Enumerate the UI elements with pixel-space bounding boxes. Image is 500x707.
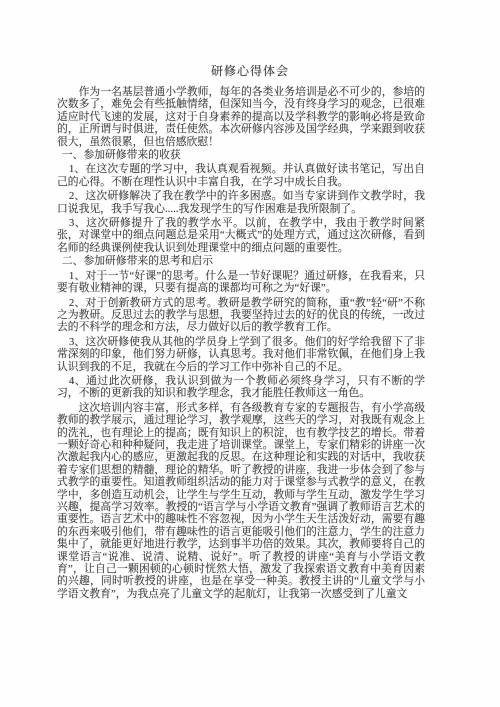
paragraph-closing: 这次培训内容丰富，形式多样，有各级教育专家的专题报告，有小学高级教师的教学展示，… bbox=[57, 402, 425, 601]
document-body: 作为一名基层普通小学教师，每年的各类业务培训是必不可少的，参培的次数多了，难免会… bbox=[57, 86, 425, 600]
document-page: 研修心得体会 作为一名基层普通小学教师，每年的各类业务培训是必不可少的，参培的次… bbox=[0, 0, 500, 707]
list-item-2-4: 4、通过此次研修，我认识到做为一个教师必须终身学习，只有不断的学习，不断的更新我… bbox=[57, 375, 425, 400]
list-item-1-3: 3、这次研修提升了我的教学水平。以前，在教学中，我由于教学时间紧张，对课堂中的细… bbox=[57, 217, 425, 254]
section-heading-2: 二、参加研修带来的思考和启示 bbox=[57, 255, 425, 267]
list-item-1-2: 2、这次研修解决了我在教学中的许多困惑。如当专家讲到作文教学时，我口说我见，我手… bbox=[57, 190, 425, 215]
page-title: 研修心得体会 bbox=[0, 0, 500, 78]
list-item-2-1: 1、对于一节“好课”的思考。什么是一节好课呢？通过研修，在我看来，只要有敬业精神… bbox=[57, 270, 425, 295]
paragraph-intro: 作为一名基层普通小学教师，每年的各类业务培训是必不可少的，参培的次数多了，难免会… bbox=[57, 86, 425, 148]
list-item-1-1: 1、在这次专题的学习中，我认真观看视频。并认真做好读书笔记，写出自己的心得。不断… bbox=[57, 163, 425, 188]
section-heading-1: 一、参加研修带来的收获 bbox=[57, 149, 425, 161]
list-item-2-2: 2、对于创新教研方式的思考。教研是教学研究的简称，重“教”轻“研”不称之为教研。… bbox=[57, 297, 425, 334]
list-item-2-3: 3、这次研修使我从其他的学员身上学到了很多。他们的好学给我留下了非常深刻的印象，… bbox=[57, 336, 425, 373]
